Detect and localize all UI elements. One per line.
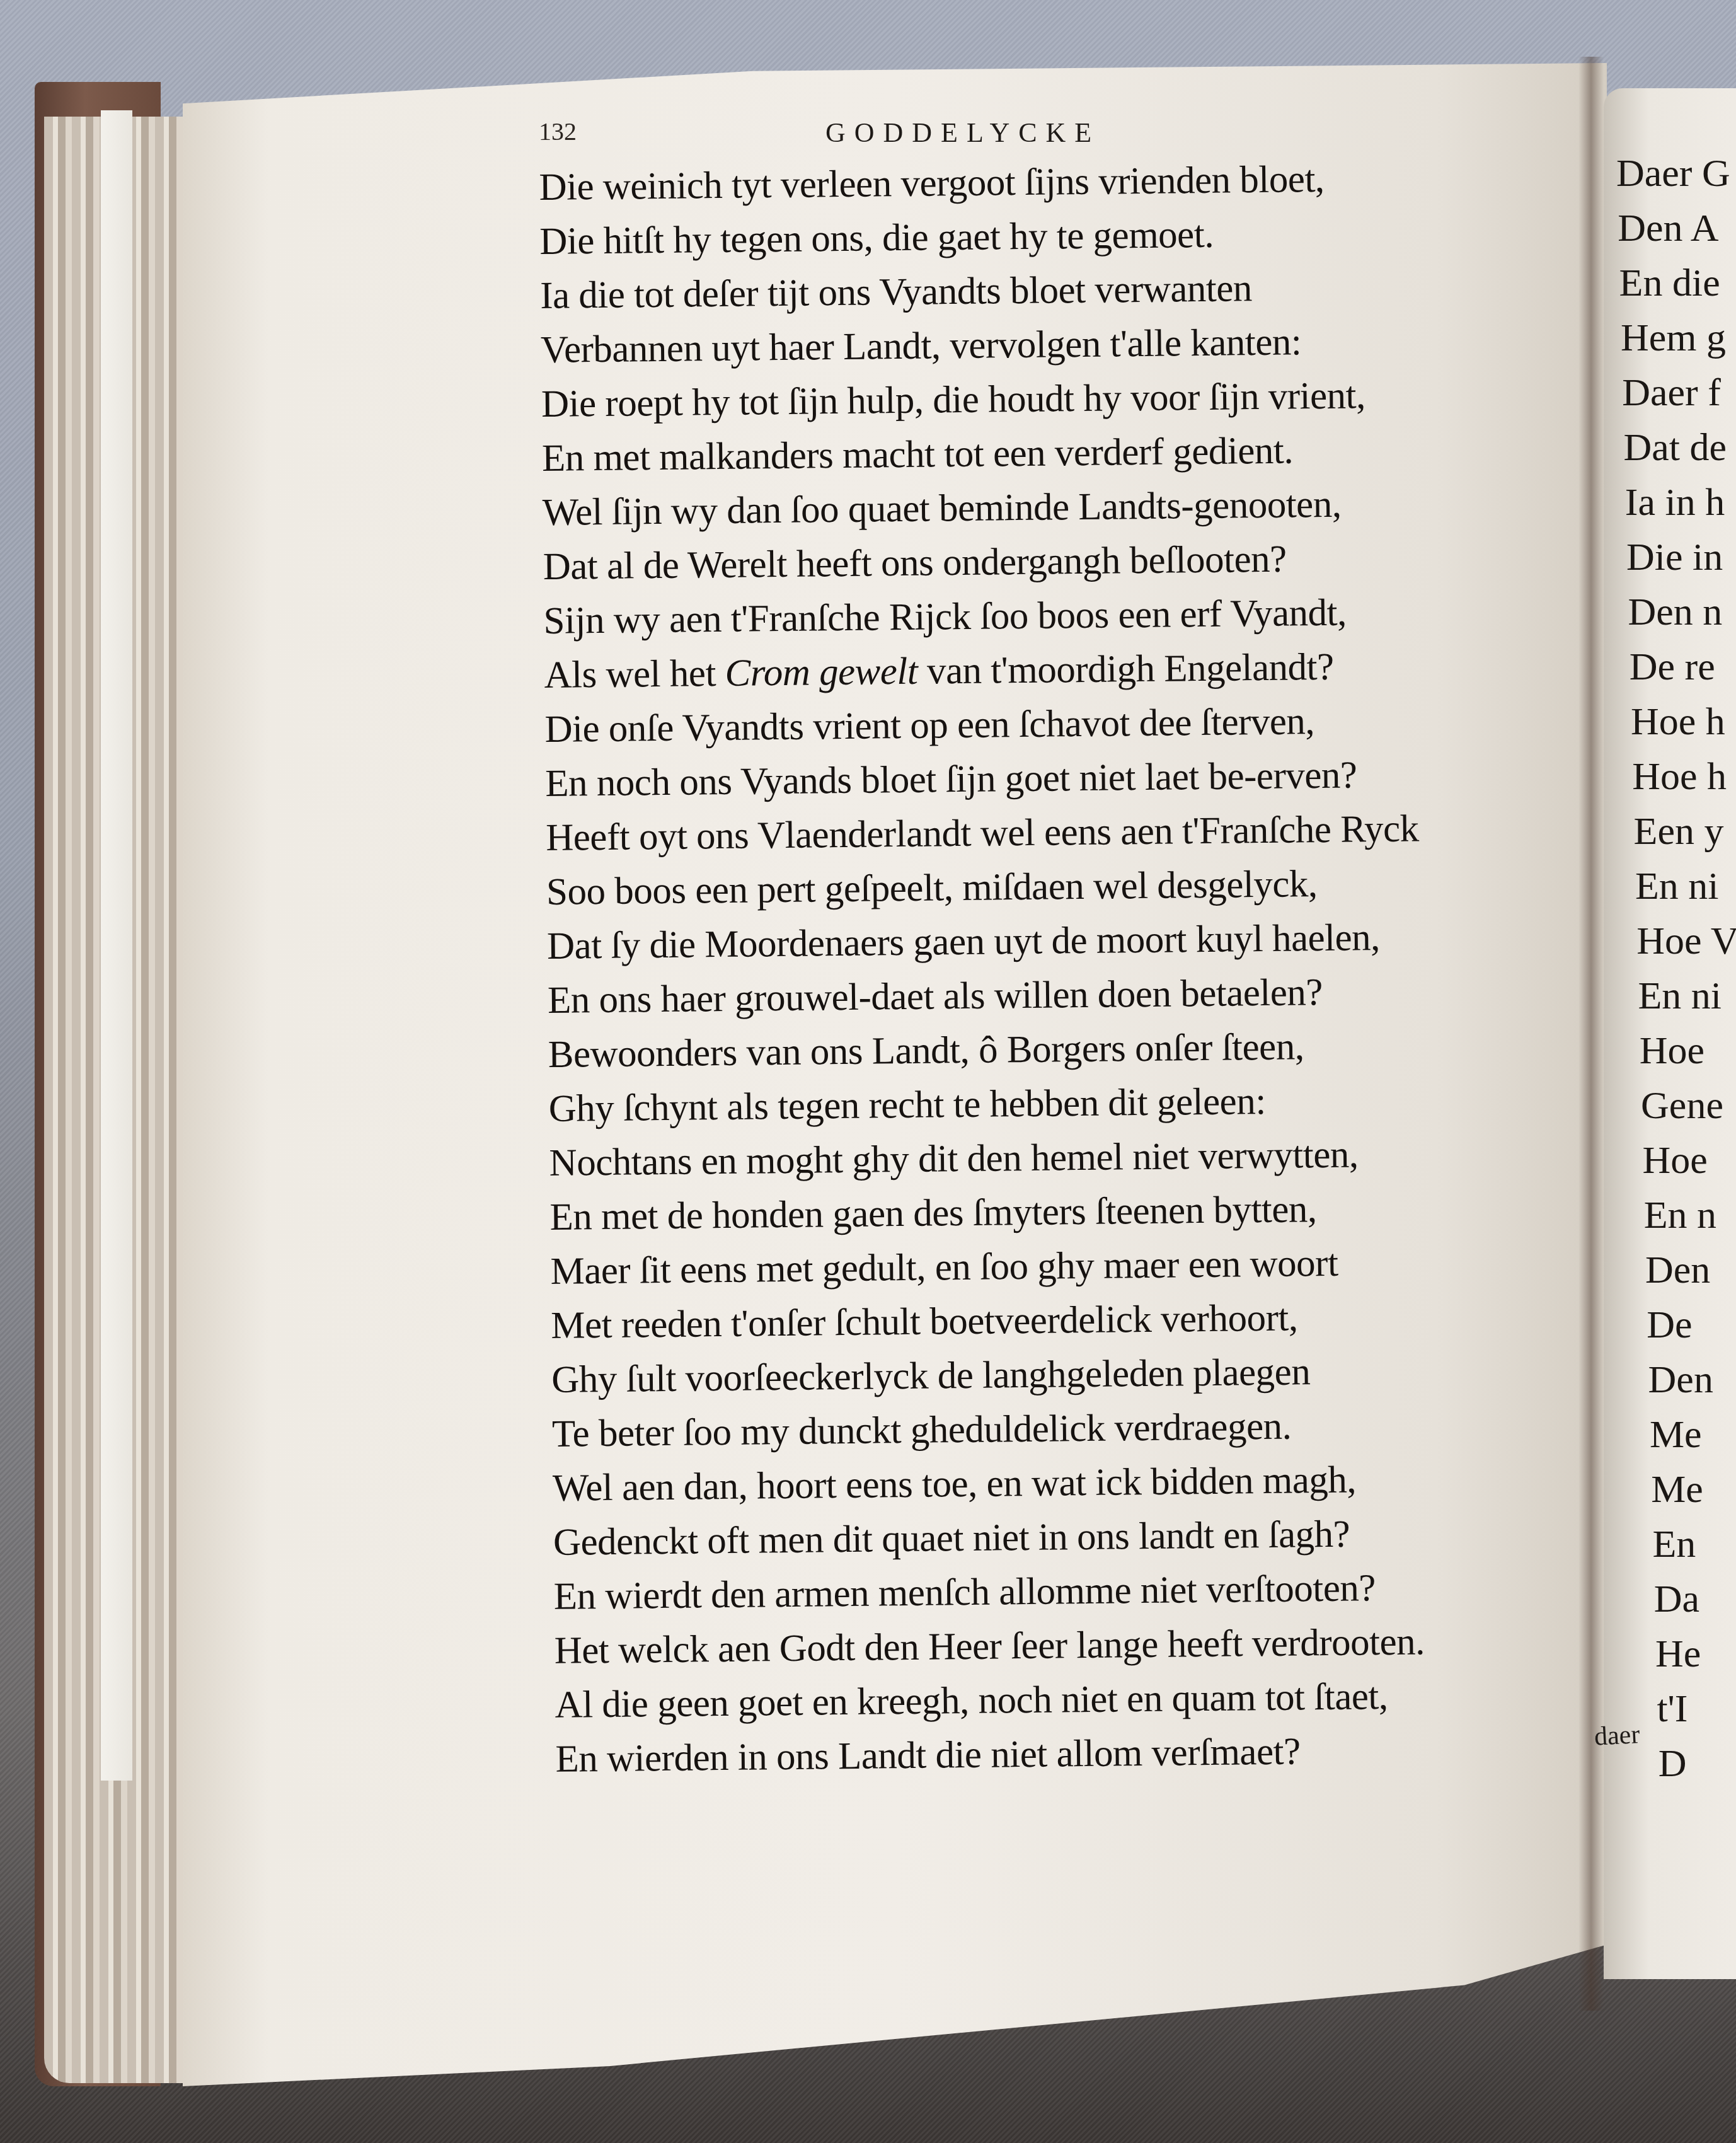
catchword: daer (1594, 1719, 1641, 1752)
facing-page-line: He (1655, 1632, 1701, 1677)
italic-phrase: Crom gewelt (725, 650, 917, 695)
facing-page-line: En (1653, 1522, 1696, 1567)
facing-page-line: Den (1648, 1358, 1713, 1402)
facing-page-line: En n (1644, 1193, 1716, 1238)
facing-page-line: Da (1654, 1577, 1699, 1622)
facing-page-line: D (1658, 1742, 1687, 1786)
facing-page-line: En ni (1638, 974, 1722, 1019)
loose-leaf-edge (101, 110, 132, 1781)
facing-page-line: Gene (1641, 1083, 1723, 1128)
facing-page-line: Hoe V (1636, 919, 1736, 964)
facing-page-line: t'I (1657, 1687, 1687, 1731)
facing-page-line: Me (1651, 1467, 1703, 1512)
running-head: GODDELYCKE (825, 117, 1100, 149)
verse-line: En wierden in ons Landt die niet allom v… (555, 1721, 1658, 1787)
facing-page-line: Me (1650, 1412, 1702, 1457)
facing-page-line: Den (1645, 1248, 1710, 1293)
page-number: 132 (539, 117, 577, 146)
verse-block: Die weinich tyt verleen vergoot ſijns vr… (539, 149, 1658, 1787)
